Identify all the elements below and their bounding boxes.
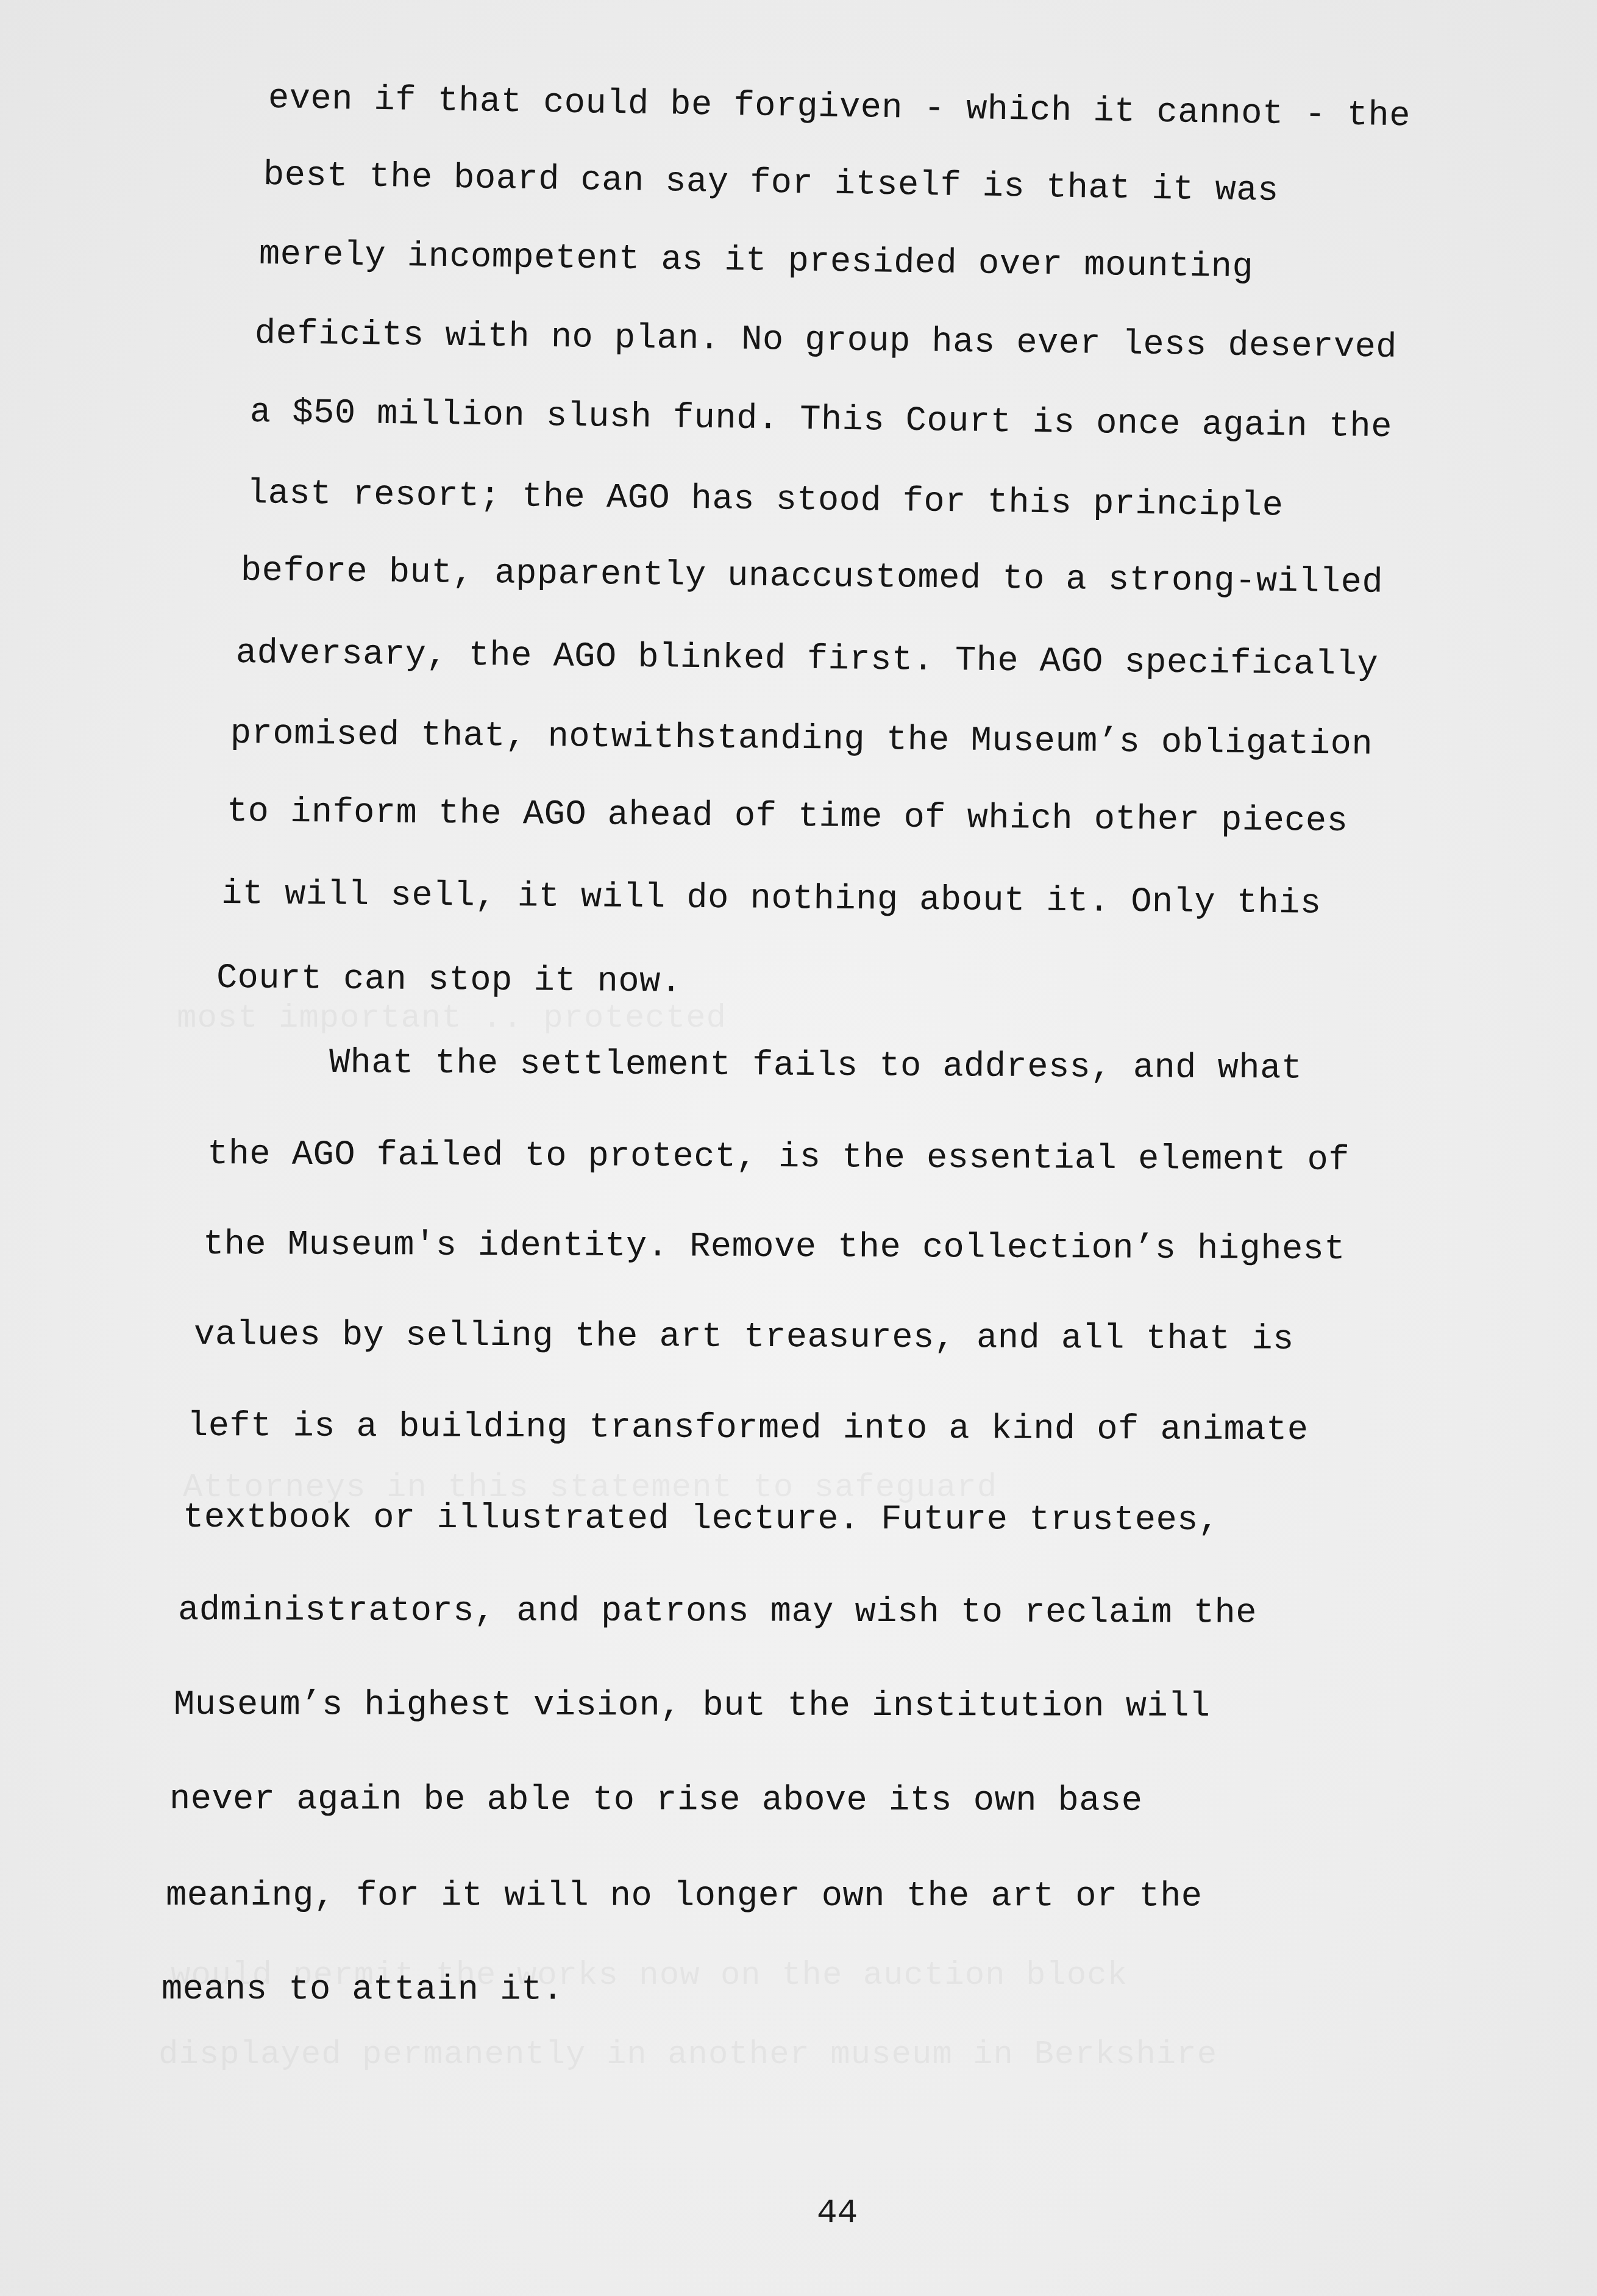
text-line: merely incompetent as it presided over m…	[259, 235, 1254, 287]
page-number: 44	[817, 2194, 858, 2233]
text-line: adversary, the AGO blinked first. The AG…	[236, 634, 1379, 685]
text-line: administrators, and patrons may wish to …	[178, 1591, 1257, 1633]
text-line: means to attain it.	[162, 1970, 563, 2010]
text-line: promised that, notwithstanding the Museu…	[230, 715, 1373, 765]
text-line: best the board can say for itself is tha…	[263, 156, 1279, 211]
text-line: a $50 million slush fund. This Court is …	[250, 393, 1393, 447]
text-line: even if that could be forgiven - which i…	[268, 79, 1410, 136]
text-line: before but, apparently unaccustomed to a…	[241, 552, 1384, 603]
text-line: last resort; the AGO has stood for this …	[247, 474, 1284, 526]
text-line: left is a building transformed into a ki…	[187, 1407, 1309, 1450]
text-line: meaning, for it will no longer own the a…	[166, 1877, 1203, 1916]
show-through-text: displayed permanently in another museum …	[158, 2036, 1217, 2073]
text-line: never again be able to rise above its ow…	[169, 1780, 1143, 1821]
text-line: textbook or illustrated lecture. Future …	[183, 1499, 1220, 1540]
show-through-text: most important .. protected	[177, 1000, 727, 1037]
text-line: the AGO failed to protect, is the essent…	[207, 1135, 1350, 1180]
text-line: Museum’s highest vision, but the institu…	[174, 1686, 1211, 1727]
document-page: most important .. protected Attorneys in…	[0, 0, 1597, 2296]
text-line: the Museum's identity. Remove the collec…	[203, 1225, 1345, 1269]
text-line: values by selling the art treasures, and…	[194, 1316, 1294, 1360]
text-line: to inform the AGO ahead of time of which…	[227, 793, 1348, 841]
text-line: it will sell, it will do nothing about i…	[221, 875, 1321, 924]
text-line: What the settlement fails to address, an…	[329, 1044, 1303, 1089]
text-line: deficits with no plan. No group has ever…	[255, 315, 1398, 368]
text-line: Court can stop it now.	[216, 959, 682, 1002]
